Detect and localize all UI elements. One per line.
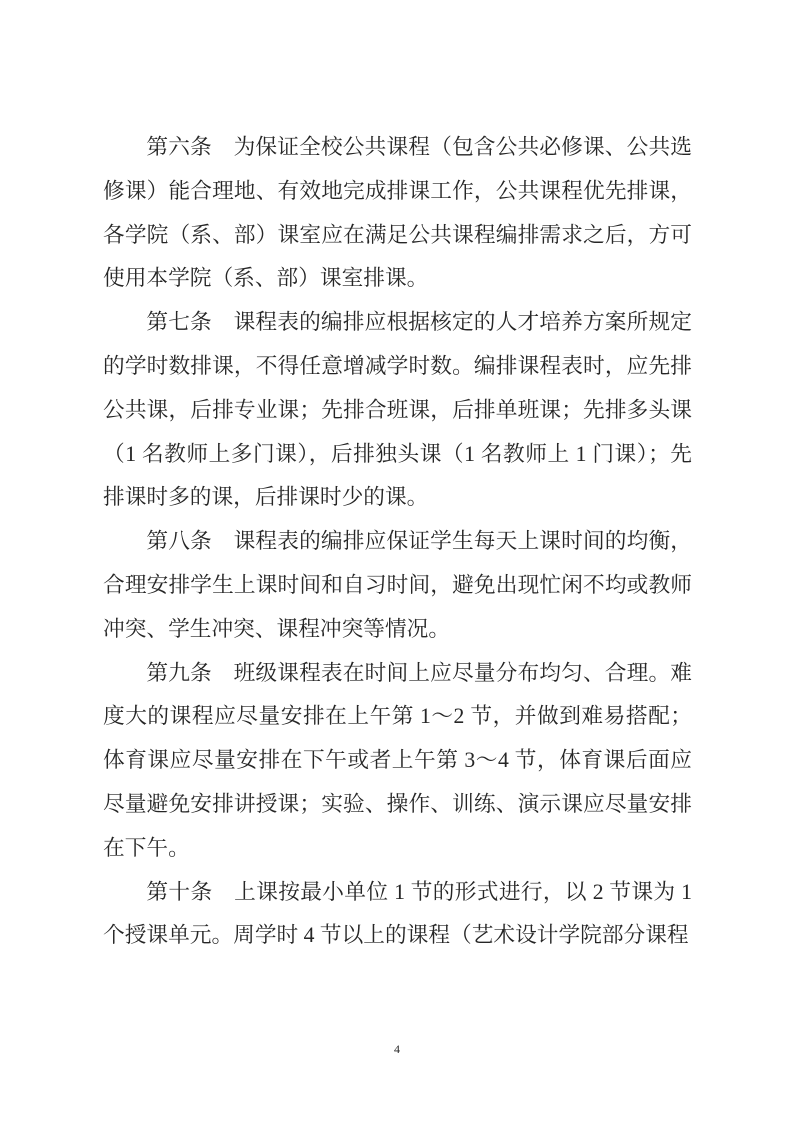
- paragraph-article-7: 第七条课程表的编排应根据核定的人才培养方案所规定的学时数排课，不得任意增减学时数…: [103, 301, 692, 520]
- article-9-text: 班级课程表在时间上应尽量分布均匀、合理。难度大的课程应尽量安排在上午第 1～2 …: [103, 661, 692, 860]
- document-body: 第六条为保证全校公共课程（包含公共必修课、公共选修课）能合理地、有效地完成排课工…: [103, 126, 692, 958]
- article-6-number: 第六条: [146, 135, 212, 159]
- article-7-text: 课程表的编排应根据核定的人才培养方案所规定的学时数排课，不得任意增减学时数。编排…: [103, 310, 692, 509]
- paragraph-article-6: 第六条为保证全校公共课程（包含公共必修课、公共选修课）能合理地、有效地完成排课工…: [103, 126, 692, 301]
- page-number: 4: [0, 1041, 794, 1057]
- paragraph-article-9: 第九条班级课程表在时间上应尽量分布均匀、合理。难度大的课程应尽量安排在上午第 1…: [103, 652, 692, 871]
- article-7-number: 第七条: [146, 310, 212, 334]
- article-9-number: 第九条: [146, 661, 212, 685]
- article-8-number: 第八条: [146, 529, 212, 553]
- paragraph-article-10: 第十条上课按最小单位 1 节的形式进行，以 2 节课为 1 个授课单元。周学时 …: [103, 871, 692, 959]
- article-10-number: 第十条: [146, 880, 212, 904]
- paragraph-article-8: 第八条课程表的编排应保证学生每天上课时间的均衡，合理安排学生上课时间和自习时间，…: [103, 520, 692, 651]
- document-page: 第六条为保证全校公共课程（包含公共必修课、公共选修课）能合理地、有效地完成排课工…: [0, 0, 794, 1123]
